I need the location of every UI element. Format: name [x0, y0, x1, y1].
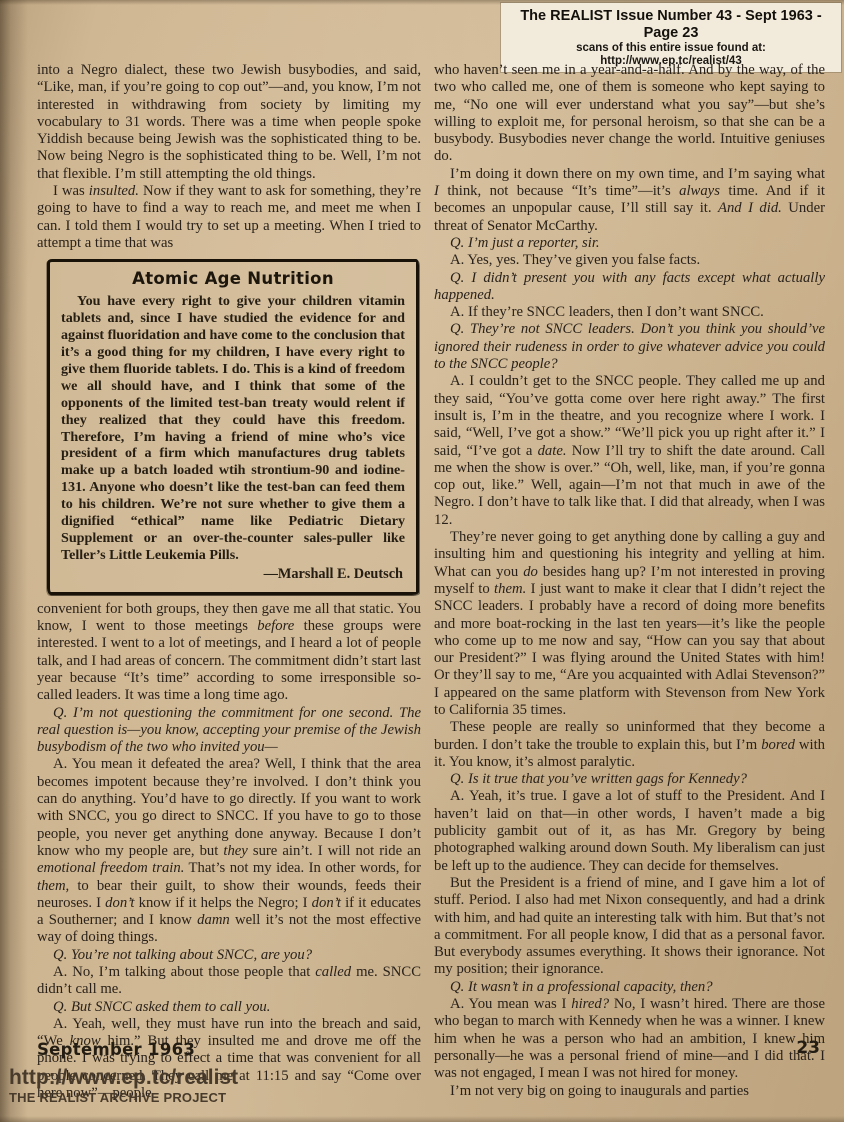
paragraph: Q. You’re not talking about SNCC, are yo…: [37, 947, 421, 964]
paragraph: A. Yes, yes. They’ve given you false fac…: [434, 252, 825, 269]
page-bottom-edge: [0, 1116, 844, 1122]
paragraph: These people are really so uninformed th…: [434, 719, 825, 771]
paragraph: A. You mean was I hired? No, I wasn’t hi…: [434, 996, 825, 1082]
page-number: 23: [796, 1038, 820, 1058]
paragraph: But the President is a friend of mine, a…: [434, 875, 825, 979]
left-column: into a Negro dialect, these two Jewish b…: [37, 62, 421, 1102]
archive-url: http://www.ep.tc/realist: [9, 1066, 238, 1090]
paragraph: convenient for both groups, they then ga…: [37, 601, 421, 705]
paragraph: A. If they’re SNCC leaders, then I don’t…: [434, 304, 825, 321]
archive-project-label: THE REALIST ARCHIVE PROJECT: [9, 1090, 238, 1105]
paragraph: Q. I didn’t present you with any facts e…: [434, 270, 825, 305]
paragraph: A. You mean it defeated the area? Well, …: [37, 756, 421, 946]
paragraph: Q. It wasn’t in a professional capacity,…: [434, 979, 825, 996]
paragraph: Q. They’re not SNCC leaders. Don’t you t…: [434, 321, 825, 373]
paragraph: I’m not very big on going to inaugurals …: [434, 1083, 825, 1100]
paragraph: A. No, I’m talking about those people th…: [37, 964, 421, 999]
magazine-page-scan: The REALIST Issue Number 43 - Sept 1963 …: [0, 0, 844, 1122]
paragraph: into a Negro dialect, these two Jewish b…: [37, 62, 421, 183]
article-body: into a Negro dialect, these two Jewish b…: [37, 62, 825, 1102]
paragraph: I was insulted. Now if they want to ask …: [37, 183, 421, 252]
paragraph: They’re never going to get anything done…: [434, 529, 825, 719]
paragraph: Q. I’m just a reporter, sir.: [434, 235, 825, 252]
paragraph: who haven’t seen me in a year-and-a-half…: [434, 62, 825, 166]
issue-header-title: The REALIST Issue Number 43 - Sept 1963 …: [507, 8, 835, 42]
feature-box-title: Atomic Age Nutrition: [61, 269, 405, 288]
paragraph: Q. I’m not questioning the commitment fo…: [37, 705, 421, 757]
feature-box-text: You have every right to give your childr…: [61, 293, 405, 564]
issue-date-footer: September 1963: [37, 1040, 195, 1059]
archive-project-stamp: http://www.ep.tc/realist THE REALIST ARC…: [9, 1066, 238, 1105]
left-column-text-top: into a Negro dialect, these two Jewish b…: [37, 62, 421, 252]
page-spine-shadow: [0, 0, 28, 1122]
paragraph: Q. Is it true that you’ve written gags f…: [434, 771, 825, 788]
feature-box-signature: —Marshall E. Deutsch: [61, 566, 403, 583]
left-column-text-bottom: convenient for both groups, they then ga…: [37, 601, 421, 1103]
paragraph: A. Yeah, it’s true. I gave a lot of stuf…: [434, 788, 825, 874]
right-column: who haven’t seen me in a year-and-a-half…: [434, 62, 825, 1102]
paragraph: Q. But SNCC asked them to call you.: [37, 999, 421, 1016]
atomic-age-nutrition-box: Atomic Age Nutrition You have every righ…: [47, 259, 419, 595]
paragraph: A. I couldn’t get to the SNCC people. Th…: [434, 373, 825, 529]
paragraph: I’m doing it down there on my own time, …: [434, 166, 825, 235]
